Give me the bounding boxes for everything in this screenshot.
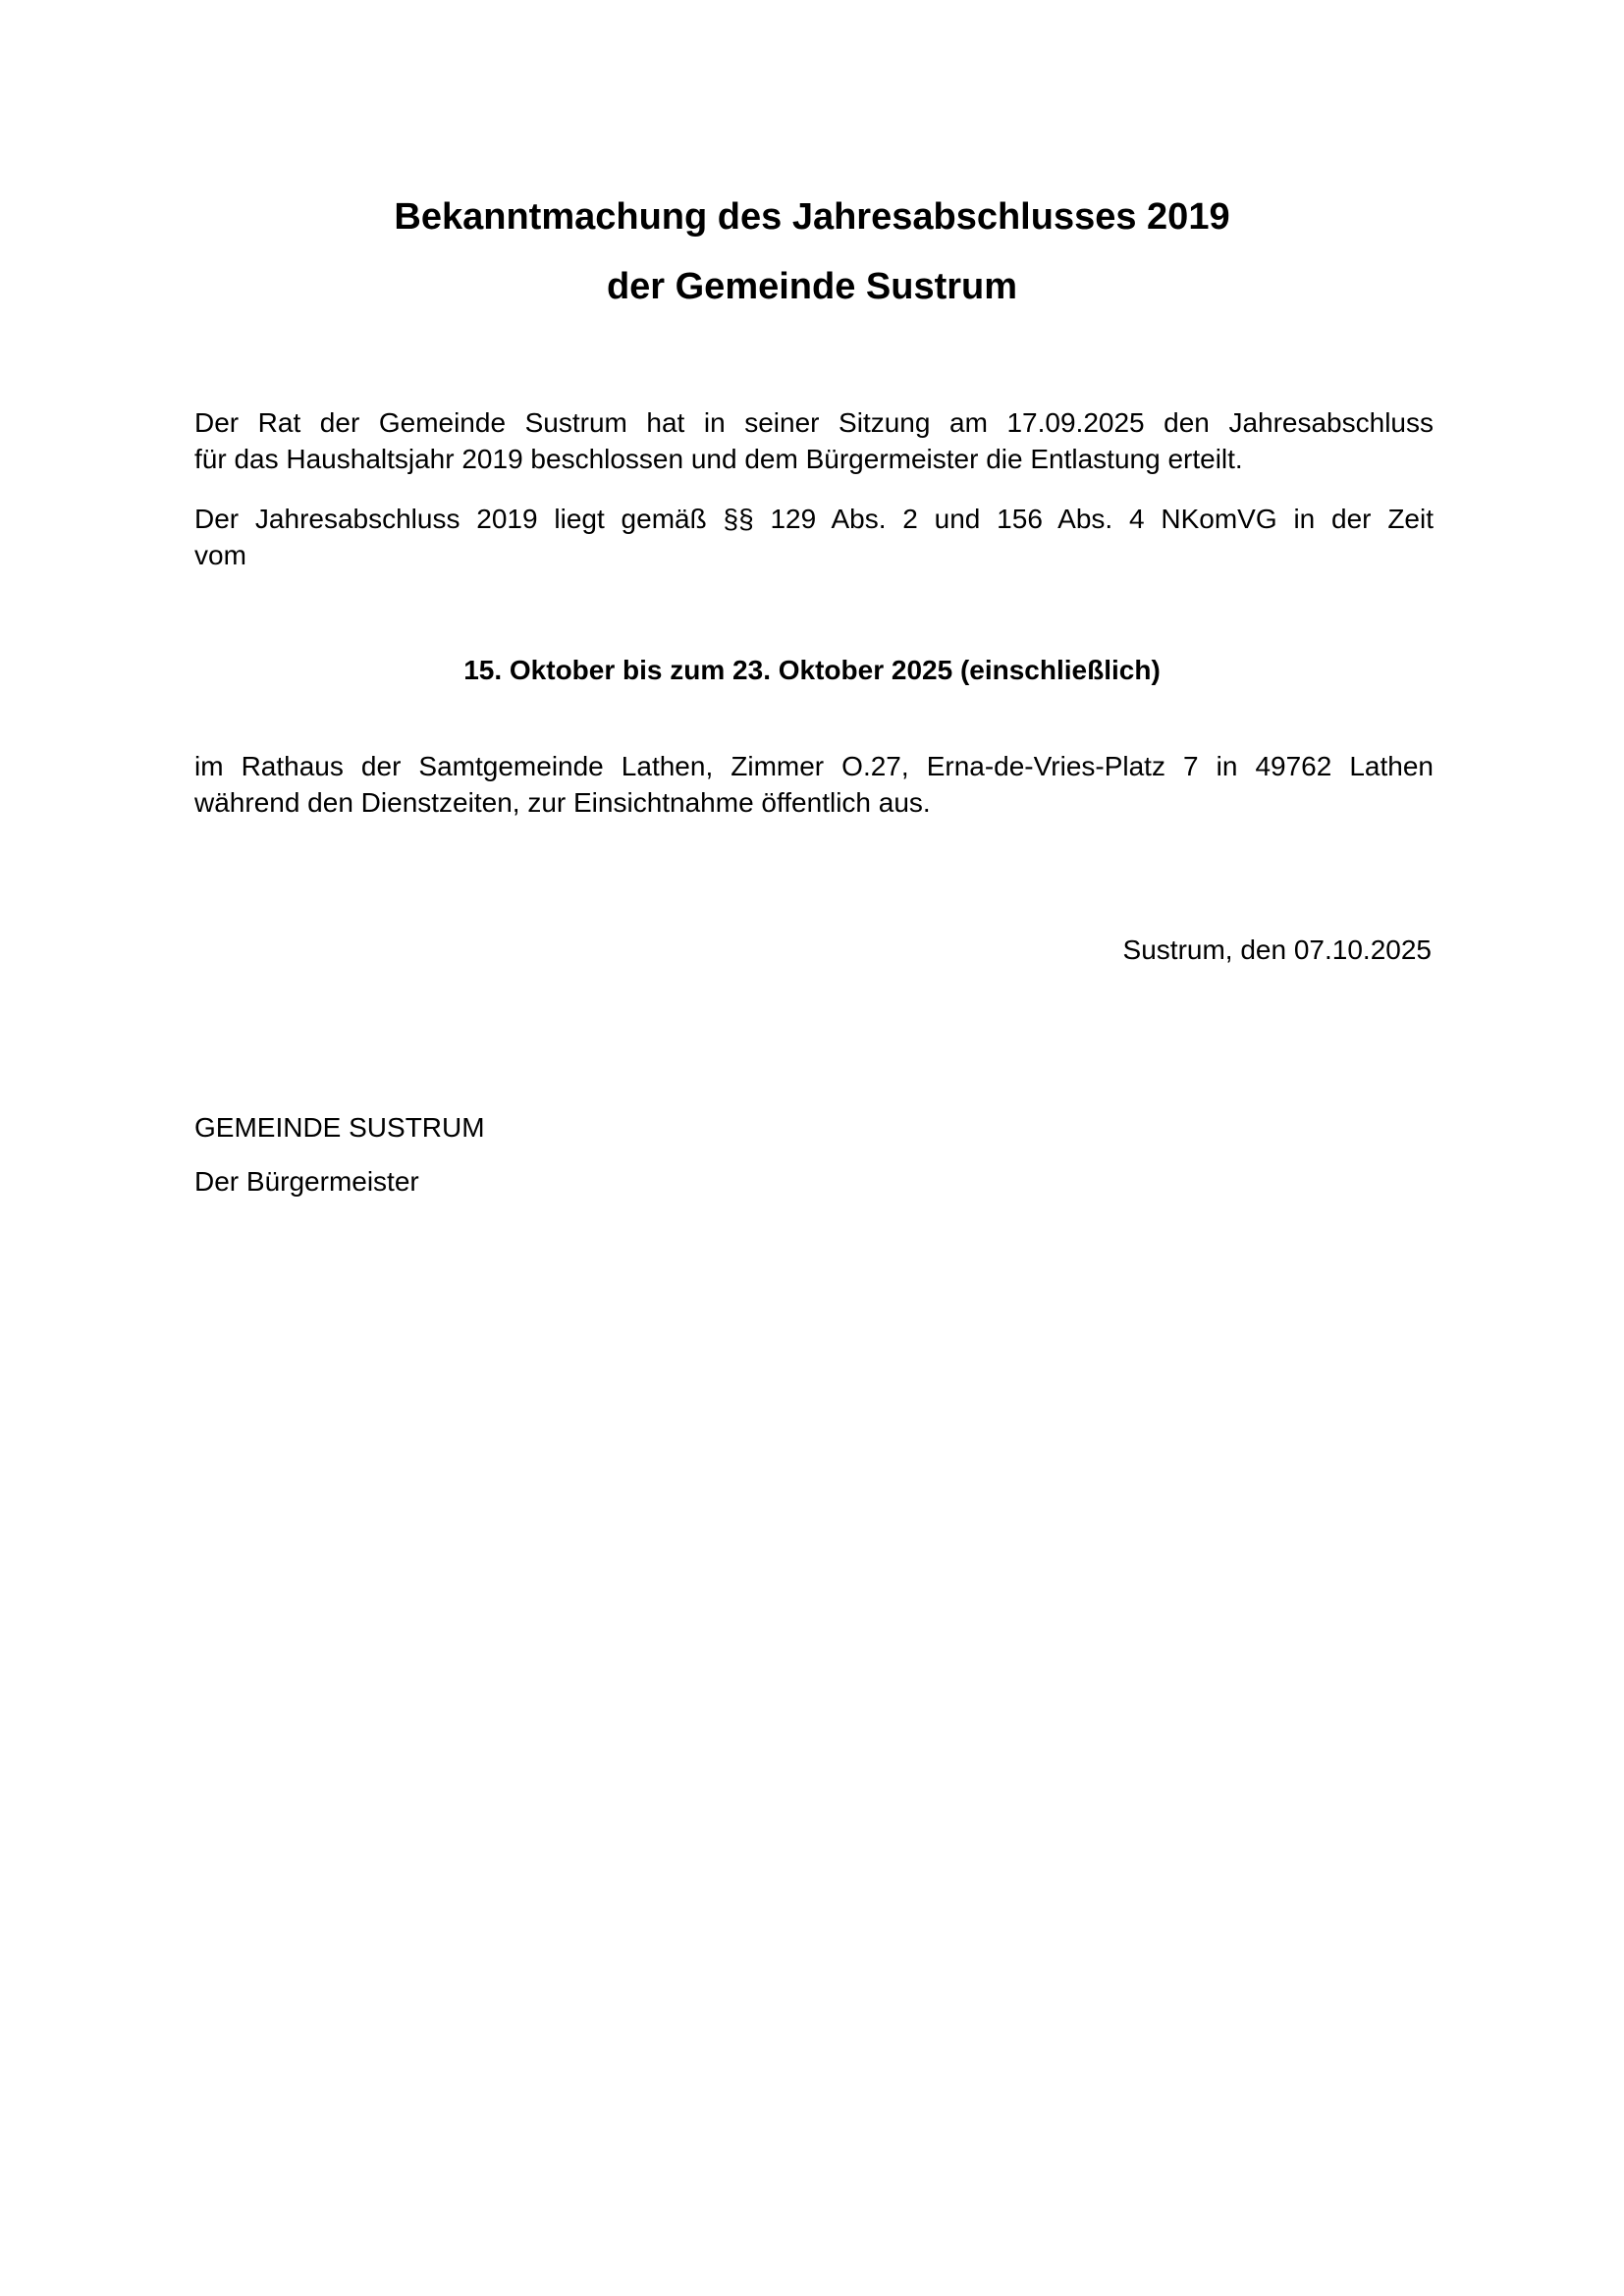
inspection-period: 15. Oktober bis zum 23. Oktober 2025 (ei… — [0, 654, 1624, 687]
resolution-paragraph: Der Rat der Gemeinde Sustrum hat in sein… — [194, 404, 1434, 477]
paragraph-line: Der Jahresabschluss 2019 liegt gemäß §§ … — [194, 501, 1434, 537]
signature-organization: GEMEINDE SUSTRUM — [194, 1111, 485, 1145]
paragraph-line: im Rathaus der Samtgemeinde Lathen, Zimm… — [194, 748, 1434, 784]
place-and-date: Sustrum, den 07.10.2025 — [194, 934, 1432, 967]
location-paragraph: im Rathaus der Samtgemeinde Lathen, Zimm… — [194, 748, 1434, 821]
document-subtitle: der Gemeinde Sustrum — [0, 265, 1624, 308]
document-title: Bekanntmachung des Jahresabschlusses 201… — [0, 195, 1624, 239]
public-display-paragraph: Der Jahresabschluss 2019 liegt gemäß §§ … — [194, 501, 1434, 573]
paragraph-line: vom — [194, 537, 1434, 573]
signature-role: Der Bürgermeister — [194, 1165, 419, 1199]
paragraph-line: Der Rat der Gemeinde Sustrum hat in sein… — [194, 404, 1434, 441]
paragraph-line: während den Dienstzeiten, zur Einsichtna… — [194, 784, 1434, 821]
paragraph-line: für das Haushaltsjahr 2019 beschlossen u… — [194, 441, 1434, 477]
document-page: Bekanntmachung des Jahresabschlusses 201… — [0, 0, 1624, 2296]
